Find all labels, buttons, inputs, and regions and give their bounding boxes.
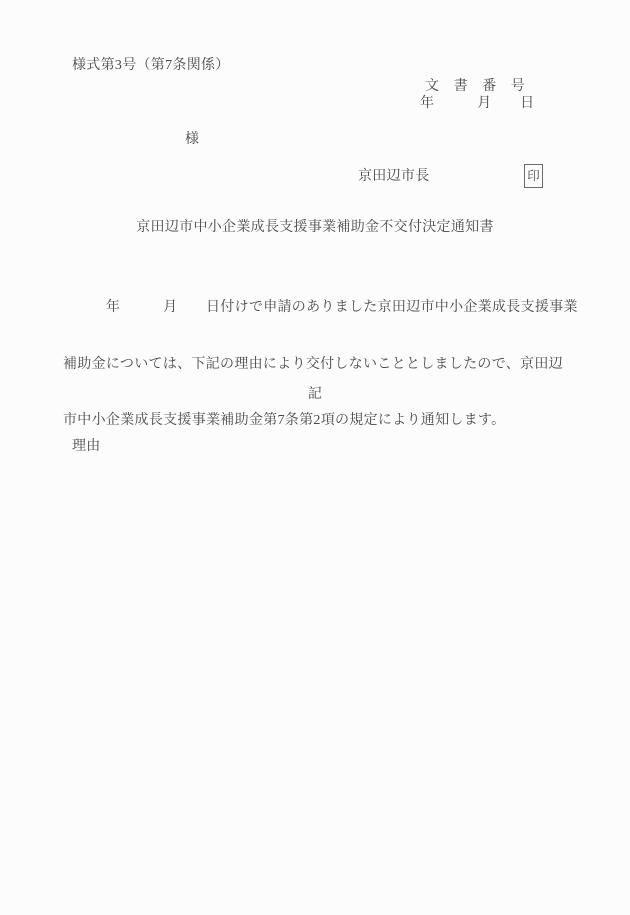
body-paragraph: 年 月 日付けで申請のありました京田辺市中小企業成長支援事業 補助金については、…	[63, 266, 573, 464]
reason-label: 理由	[72, 440, 101, 454]
sender-name: 京田辺市長	[358, 170, 430, 184]
body-line-1: 年 月 日付けで申請のありました京田辺市中小企業成長支援事業	[63, 294, 573, 323]
seal-label: 印	[527, 170, 540, 183]
section-marker: 記	[0, 388, 630, 402]
date-line: 年 月 日	[420, 97, 534, 111]
recipient-honorific: 様	[185, 133, 199, 147]
body-line-2: 補助金については、下記の理由により交付しないこととしましたので、京田辺	[63, 351, 573, 380]
document-title: 京田辺市中小企業成長支援事業補助金不交付決定通知書	[0, 221, 630, 235]
document-number-line: 文 書 番 号	[425, 80, 525, 94]
document-page: 様式第3号（第7条関係） 文 書 番 号 年 月 日 様 京田辺市長 印 京田辺…	[0, 0, 630, 915]
body-line-3: 市中小企業成長支援事業補助金第7条第2項の規定により通知します。	[63, 407, 573, 436]
seal-stamp-box: 印	[524, 164, 543, 188]
form-number: 様式第3号（第7条関係）	[72, 59, 230, 73]
